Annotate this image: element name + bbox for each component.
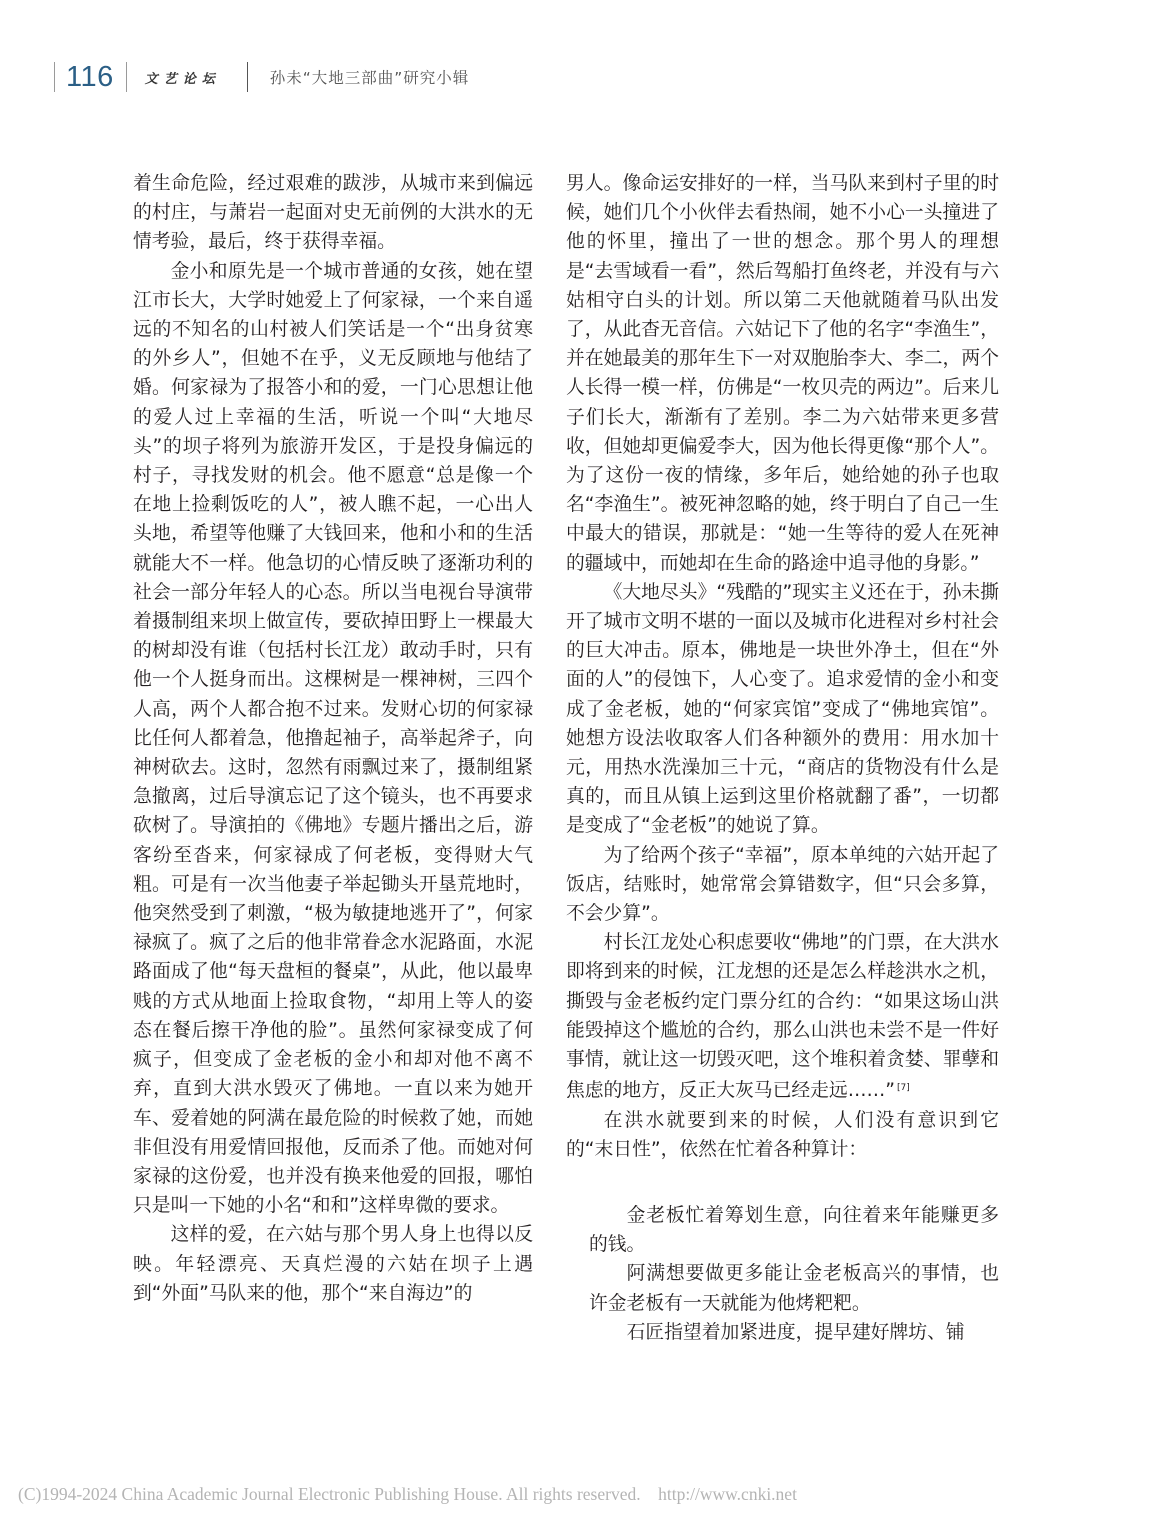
quote-paragraph: 阿满想要做更多能让金老板高兴的事情，也许金老板有一天就能为他烤粑粑。 xyxy=(589,1259,999,1317)
citation-marker[interactable]: [7] xyxy=(897,1083,910,1093)
block-quote: 金老板忙着筹划生意，向往着来年能赚更多的钱。 阿满想要做更多能让金老板高兴的事情… xyxy=(566,1201,999,1347)
header-divider xyxy=(247,62,248,92)
header-divider xyxy=(54,62,55,92)
paragraph: 《大地尽头》“残酷的”现实主义还在于，孙未撕开了城市文明不堪的一面以及城市化进程… xyxy=(566,578,999,841)
running-header: 116 文艺论坛 孙未“大地三部曲”研究小辑 xyxy=(54,62,469,92)
paragraph-text: 村长江龙处心积虑要收“佛地”的门票，在大洪水即将到来的时候，江龙想的还是怎么样趁… xyxy=(566,932,999,1101)
journal-name: 文艺论坛 xyxy=(145,68,221,87)
right-column: 男人。像命运安排好的一样，当马队来到村子里的时候，她们几个小伙伴去看热闹，她不小… xyxy=(566,169,999,1347)
paragraph: 在洪水就要到来的时候，人们没有意识到它的“末日性”，依然在忙着各种算计： xyxy=(566,1106,999,1164)
paragraph: 为了给两个孩子“幸福”，原本单纯的六姑开起了饭店，结账时，她常常会算错数字，但“… xyxy=(566,841,999,929)
paragraph: 着生命危险，经过艰难的跋涉，从城市来到偏远的村庄，与萧岩一起面对史无前例的大洪水… xyxy=(133,169,533,257)
spacer xyxy=(566,1164,999,1201)
quote-paragraph: 金老板忙着筹划生意，向往着来年能赚更多的钱。 xyxy=(589,1201,999,1259)
quote-paragraph: 石匠指望着加紧进度，提早建好牌坊、铺 xyxy=(589,1318,999,1347)
footer-url[interactable]: http://www.cnki.net xyxy=(658,1484,797,1504)
section-title: 孙未“大地三部曲”研究小辑 xyxy=(270,66,470,88)
paragraph: 金小和原先是一个城市普通的女孩，她在望江市长大，大学时她爱上了何家禄，一个来自遥… xyxy=(133,257,533,1221)
paragraph: 男人。像命运安排好的一样，当马队来到村子里的时候，她们几个小伙伴去看热闹，她不小… xyxy=(566,169,999,578)
page-number: 116 xyxy=(66,61,114,94)
paragraph: 村长江龙处心积虑要收“佛地”的门票，在大洪水即将到来的时候，江龙想的还是怎么样趁… xyxy=(566,928,999,1105)
header-divider xyxy=(126,62,127,92)
paragraph: 这样的爱，在六姑与那个男人身上也得以反映。年轻漂亮、天真烂漫的六姑在坝子上遇到“… xyxy=(133,1220,533,1308)
left-column: 着生命危险，经过艰难的跋涉，从城市来到偏远的村庄，与萧岩一起面对史无前例的大洪水… xyxy=(133,169,533,1308)
copyright-footer: (C)1994-2024 China Academic Journal Elec… xyxy=(18,1484,797,1505)
copyright-text: (C)1994-2024 China Academic Journal Elec… xyxy=(18,1484,641,1504)
